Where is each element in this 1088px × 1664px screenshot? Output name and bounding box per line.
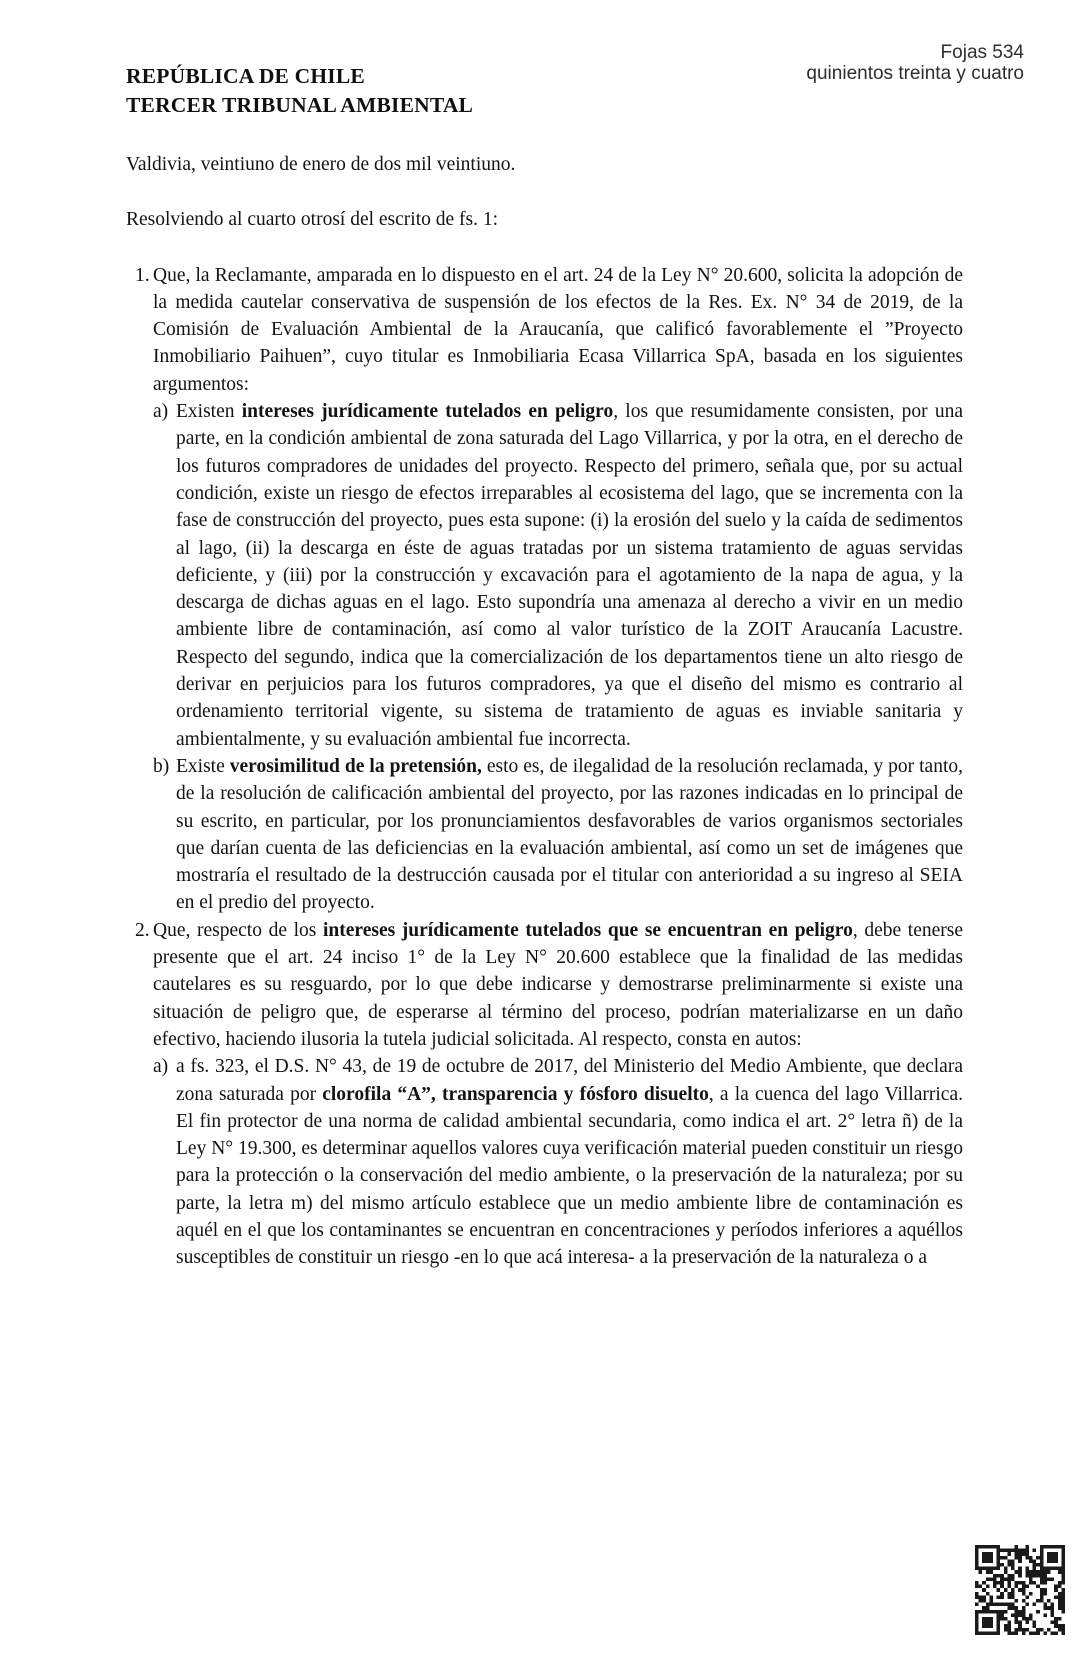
- document-body: 1.Que, la Reclamante, amparada en lo dis…: [126, 262, 963, 1272]
- text-segment: Existe: [176, 756, 230, 777]
- paragraph-text: Existen intereses jurídicamente tutelado…: [176, 401, 963, 750]
- paragraph-marker: 2.: [135, 917, 150, 944]
- paragraph-5-a: a)a fs. 323, el D.S. N° 43, de 19 de oct…: [126, 1053, 963, 1271]
- document-text: Valdivia, veintiuno de enero de dos mil …: [126, 151, 963, 1272]
- fojas-stamp: Fojas 534 quinientos treinta y cuatro: [806, 42, 1024, 84]
- bold-text-segment: clorofila “A”, transparencia y fósforo d…: [322, 1084, 709, 1105]
- paragraph-3-b: b)Existe verosimilitud de la pretensión,…: [126, 753, 963, 917]
- bold-text-segment: intereses jurídicamente tutelados que se…: [323, 920, 853, 941]
- text-segment: , a la cuenca del lago Villarrica. El fi…: [176, 1084, 963, 1269]
- letterhead-country: REPÚBLICA DE CHILE: [126, 62, 473, 91]
- bold-text-segment: intereses jurídicamente tutelados en pel…: [242, 401, 614, 422]
- paragraph-4-2: 2.Que, respecto de los intereses jurídic…: [126, 917, 963, 1053]
- qr-code-image: [975, 1545, 1065, 1635]
- paragraph-marker: b): [153, 753, 169, 780]
- fojas-words: quinientos treinta y cuatro: [806, 63, 1024, 84]
- paragraph-marker: 1.: [135, 262, 150, 289]
- text-segment: Que, respecto de los: [153, 920, 323, 941]
- fojas-number: Fojas 534: [806, 42, 1024, 63]
- letterhead-tribunal: TERCER TRIBUNAL AMBIENTAL: [126, 91, 473, 120]
- paragraph-text: Que, la Reclamante, amparada en lo dispu…: [153, 265, 963, 395]
- text-segment: Existen: [176, 401, 242, 422]
- qr-code: [975, 1545, 1065, 1635]
- text-segment: esto es, de ilegalidad de la resolución …: [176, 756, 963, 913]
- paragraph-marker: a): [153, 1053, 168, 1080]
- date-line: Valdivia, veintiuno de enero de dos mil …: [126, 151, 963, 178]
- document-page: Fojas 534 quinientos treinta y cuatro RE…: [0, 0, 1088, 1664]
- text-segment: , los que resumidamente consisten, por u…: [176, 401, 963, 750]
- paragraph-marker: a): [153, 398, 168, 425]
- tribunal-letterhead: REPÚBLICA DE CHILE TERCER TRIBUNAL AMBIE…: [126, 62, 473, 120]
- paragraph-2-a: a)Existen intereses jurídicamente tutela…: [126, 398, 963, 753]
- text-segment: Que, la Reclamante, amparada en lo dispu…: [153, 265, 963, 395]
- paragraph-1-1: 1.Que, la Reclamante, amparada en lo dis…: [126, 262, 963, 398]
- bold-text-segment: verosimilitud de la pretensión,: [230, 756, 482, 777]
- paragraph-text: a fs. 323, el D.S. N° 43, de 19 de octub…: [176, 1056, 963, 1268]
- resolve-line: Resolviendo al cuarto otrosí del escrito…: [126, 206, 963, 233]
- paragraph-text: Que, respecto de los intereses jurídicam…: [153, 920, 963, 1050]
- paragraph-text: Existe verosimilitud de la pretensión, e…: [176, 756, 963, 913]
